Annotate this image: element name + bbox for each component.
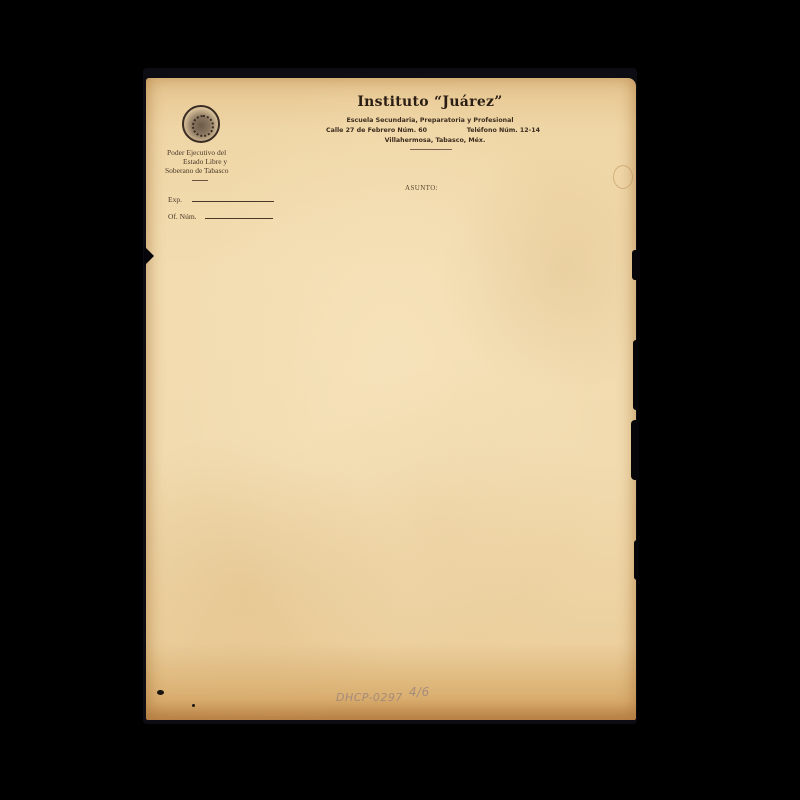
torn-edge <box>632 250 640 280</box>
torn-edge <box>144 246 154 266</box>
exp-label: Exp. <box>168 195 182 204</box>
government-issuer-text: Poder Ejecutivo del Estado Libre y Sober… <box>165 148 255 175</box>
paper-stain <box>192 704 195 707</box>
subject-label: ASUNTO: <box>405 184 438 192</box>
of-num-field: Of. Núm. <box>168 212 273 221</box>
paper-watermark-ring <box>613 165 633 189</box>
divider <box>192 180 208 181</box>
paper-stain <box>157 690 164 695</box>
institution-name: Instituto “Juárez” <box>340 94 520 110</box>
divider <box>410 149 452 150</box>
torn-edge <box>634 540 639 580</box>
institution-contact: Calle 27 de Febrero Núm. 60 Teléfono Núm… <box>326 127 540 134</box>
archive-catalog-mark: DHCP-02974/6 <box>336 690 430 704</box>
exp-field: Exp. <box>168 195 274 204</box>
issuer-line-1: Poder Ejecutivo del <box>165 148 255 157</box>
mexican-coat-of-arms-seal-icon <box>182 105 220 143</box>
institution-subtitle: Escuela Secundaria, Preparatoria y Profe… <box>320 117 540 124</box>
institution-address: Calle 27 de Febrero Núm. 60 <box>326 127 427 134</box>
of-num-label: Of. Núm. <box>168 212 197 221</box>
catalog-fraction: 4/6 <box>409 685 430 699</box>
scan-stage: Poder Ejecutivo del Estado Libre y Sober… <box>0 0 800 800</box>
issuer-line-3: Soberano de Tabasco <box>165 166 255 175</box>
of-num-blank-line <box>205 218 273 219</box>
institution-city: Villahermosa, Tabasco, Méx. <box>330 137 540 144</box>
issuer-line-2: Estado Libre y <box>165 157 255 166</box>
torn-edge <box>631 420 639 480</box>
exp-blank-line <box>192 201 274 202</box>
institution-phone: Teléfono Núm. 12-14 <box>467 127 540 134</box>
catalog-number: DHCP-0297 <box>336 691 403 704</box>
torn-edge <box>633 340 639 410</box>
